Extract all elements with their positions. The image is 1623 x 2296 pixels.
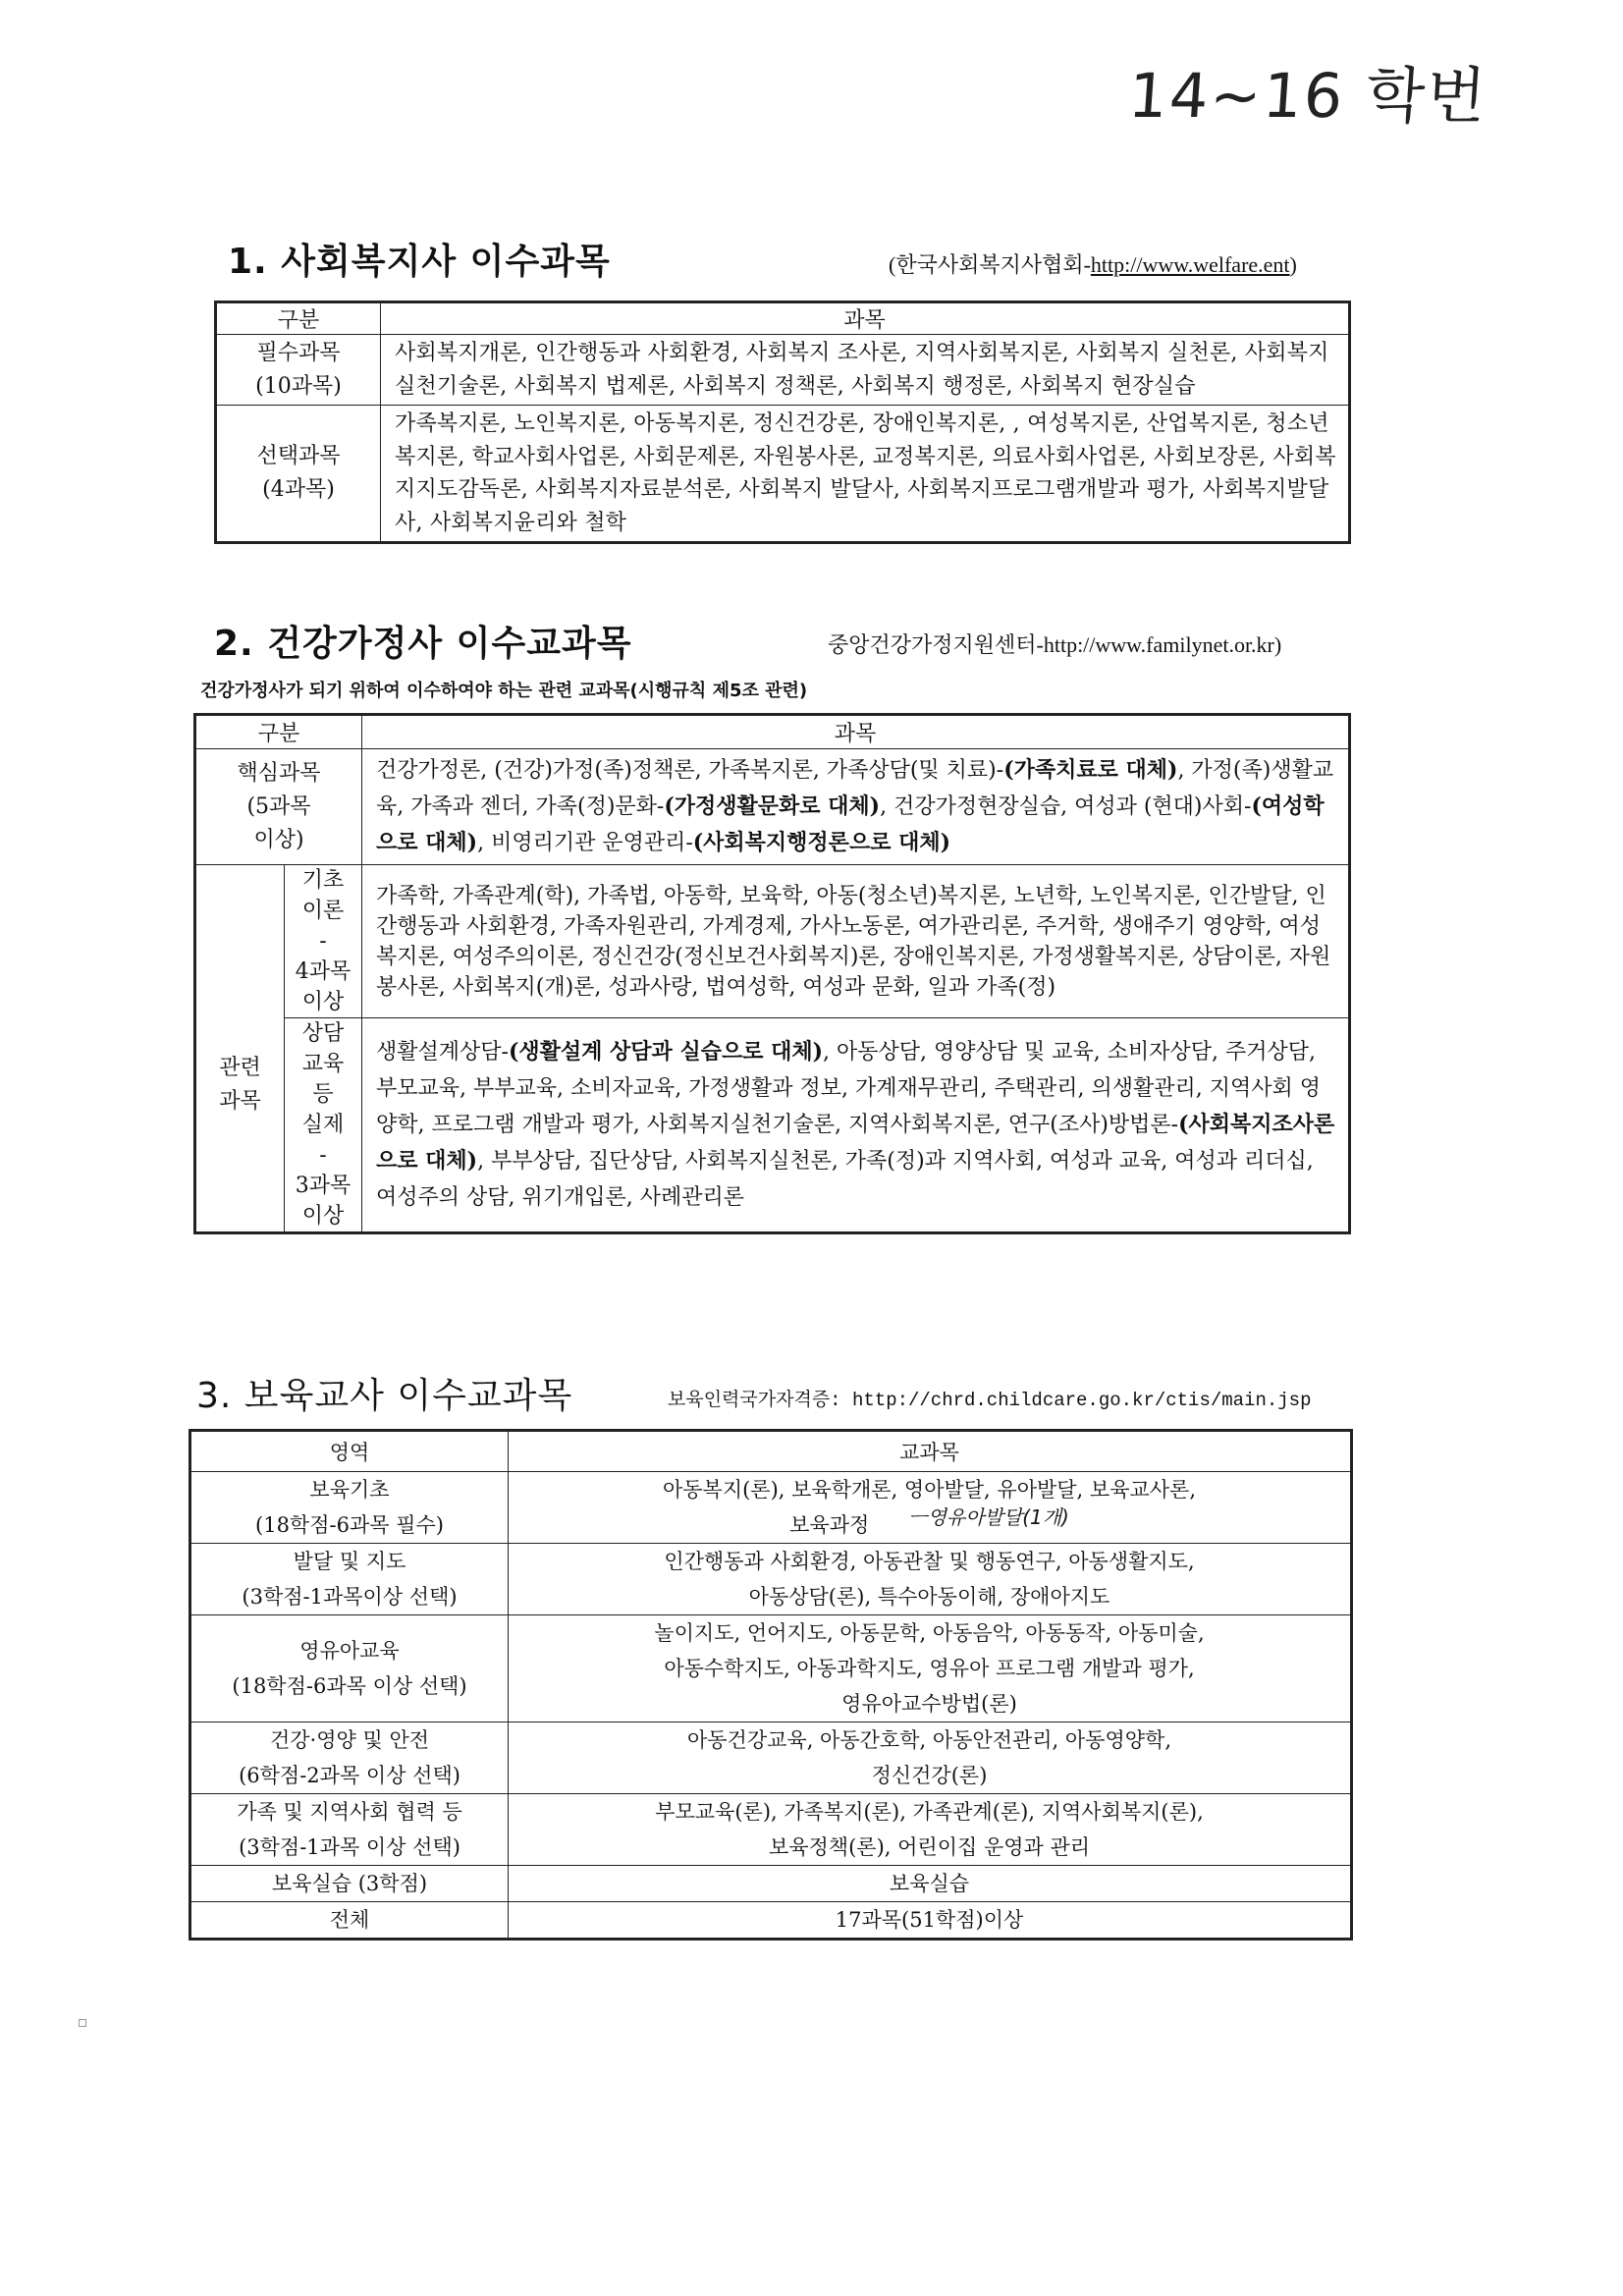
- table-row-core: 핵심과목 (5과목 이상) 건강가정론, (건강)가정(족)정책론, 가족복지론…: [195, 749, 1350, 865]
- category-line: 이상): [196, 824, 361, 857]
- sub-line: 3과목: [285, 1171, 361, 1201]
- subjects-cell: 아동복지(론), 보육학개론, 영아발달, 유아발달, 보육교사론, 보육과정ㅡ…: [509, 1472, 1352, 1544]
- subjects-cell: 17과목(51학점)이상: [509, 1902, 1352, 1940]
- subjects-line: 보육과정ㅡ영유아발달(1개): [509, 1507, 1350, 1543]
- area-label: 영유아교육: [191, 1633, 508, 1668]
- header-subjects: 과목: [381, 302, 1350, 335]
- table-row: 보육기초 (18학점-6과목 필수) 아동복지(론), 보육학개론, 영아발달,…: [190, 1472, 1352, 1544]
- category-label: 선택과목: [217, 440, 380, 473]
- sub-line: 실제: [285, 1110, 361, 1140]
- section1-source: (한국사회복지사협회-http://www.welfare.ent): [889, 248, 1297, 279]
- header-category: 구분: [195, 715, 362, 749]
- area-label: 가족 및 지역사회 협력 등: [191, 1794, 508, 1830]
- sub-line: 이상: [285, 1201, 361, 1231]
- family-counselor-table: 구분 과목 핵심과목 (5과목 이상) 건강가정론, (건강)가정(족)정책론,…: [193, 713, 1351, 1234]
- sub-line: 등: [285, 1079, 361, 1110]
- subjects-cell: 놀이지도, 언어지도, 아동문학, 아동음악, 아동동작, 아동미술, 아동수학…: [509, 1615, 1352, 1722]
- category-line: 관련: [196, 1052, 284, 1085]
- related-category: 관련 과목: [195, 865, 285, 1233]
- subjects-cell: 부모교육(론), 가족복지(론), 가족관계(론), 지역사회복지(론), 보육…: [509, 1794, 1352, 1866]
- sub-line: -: [285, 926, 361, 957]
- subject-text: , 건강가정현장실습, 여성과 (현대)사회-: [880, 794, 1251, 819]
- subjects-line: 아동상담(론), 특수아동이해, 장애아지도: [509, 1579, 1350, 1614]
- subject-text: 보육과정: [789, 1513, 869, 1537]
- table-row: 필수과목 (10과목) 사회복지개론, 인간행동과 사회환경, 사회복지 조사론…: [216, 335, 1350, 406]
- practice-subjects: 생활설계상담-(생활설계 상담과 실습으로 대체), 아동상담, 영양상담 및 …: [362, 1018, 1350, 1233]
- sub-line: 상담: [285, 1018, 361, 1049]
- area-cell: 가족 및 지역사회 협력 등 (3학점-1과목 이상 선택): [190, 1794, 509, 1866]
- table-row: 건강·영양 및 안전 (6학점-2과목 이상 선택) 아동건강교육, 아동간호학…: [190, 1722, 1352, 1794]
- practice-subcategory: 상담 교육 등 실제 - 3과목 이상: [284, 1018, 361, 1233]
- subjects-line: 부모교육(론), 가족복지(론), 가족관계(론), 지역사회복지(론),: [509, 1794, 1350, 1830]
- area-credits: (18학점-6과목 필수): [191, 1507, 508, 1543]
- category-line: 핵심과목: [196, 757, 361, 791]
- area-cell: 전체: [190, 1902, 509, 1940]
- subjects-cell: 인간행동과 사회환경, 아동관찰 및 행동연구, 아동생활지도, 아동상담(론)…: [509, 1544, 1352, 1615]
- area-cell: 보육실습 (3학점): [190, 1866, 509, 1902]
- source-prefix: (한국사회복지사협회-: [889, 252, 1091, 277]
- section2-source: 중앙건강가정지원센터-http://www.familynet.or.kr): [828, 629, 1281, 659]
- row-subjects: 사회복지개론, 인간행동과 사회환경, 사회복지 조사론, 지역사회복지론, 사…: [381, 335, 1350, 406]
- sub-line: 교육: [285, 1049, 361, 1079]
- subjects-cell: 아동건강교육, 아동간호학, 아동안전관리, 아동영양학, 정신건강(론): [509, 1722, 1352, 1794]
- area-label: 발달 및 지도: [191, 1544, 508, 1579]
- sub-line: 이상: [285, 987, 361, 1017]
- row-subjects: 가족복지론, 노인복지론, 아동복지론, 정신건강론, 장애인복지론, , 여성…: [381, 406, 1350, 543]
- table-row-basic: 관련 과목 기초 이론 - 4과목 이상 가족학, 가족관계(학), 가족법, …: [195, 865, 1350, 1018]
- table-row: 보육실습 (3학점) 보육실습: [190, 1866, 1352, 1902]
- subjects-line: 정신건강(론): [509, 1758, 1350, 1793]
- substitute-text: (가족치료로 대체): [1003, 757, 1177, 783]
- subject-text: , 부부상담, 집단상담, 사회복지실천론, 가족(정)과 지역사회, 여성과 …: [376, 1149, 1314, 1210]
- area-label: 보육기초: [191, 1472, 508, 1507]
- handwritten-header: 14~16 학번: [1126, 47, 1490, 135]
- section3-source: 보육인력국가자격증: http://chrd.childcare.go.kr/c…: [668, 1385, 1311, 1411]
- sub-line: 기초: [285, 865, 361, 896]
- subjects-line: 아동수학지도, 아동과학지도, 영유아 프로그램 개발과 평가,: [509, 1651, 1350, 1686]
- core-category: 핵심과목 (5과목 이상): [195, 749, 362, 865]
- source-suffix: ): [1290, 252, 1297, 277]
- basic-subjects: 가족학, 가족관계(학), 가족법, 아동학, 보육학, 아동(청소년)복지론,…: [362, 865, 1350, 1018]
- table-row: 가족 및 지역사회 협력 등 (3학점-1과목 이상 선택) 부모교육(론), …: [190, 1794, 1352, 1866]
- social-worker-table: 구분 과목 필수과목 (10과목) 사회복지개론, 인간행동과 사회환경, 사회…: [214, 301, 1351, 544]
- table-row: 발달 및 지도 (3학점-1과목이상 선택) 인간행동과 사회환경, 아동관찰 …: [190, 1544, 1352, 1615]
- header-area: 영역: [190, 1431, 509, 1472]
- category-count: (10과목): [217, 370, 380, 404]
- row-category: 선택과목 (4과목): [216, 406, 381, 543]
- section2-title: 2. 건강가정사 이수교과목: [214, 616, 632, 666]
- header-category: 구분: [216, 302, 381, 335]
- subjects-line: 아동건강교육, 아동간호학, 아동안전관리, 아동영양학,: [509, 1722, 1350, 1758]
- table-row-total: 전체 17과목(51학점)이상: [190, 1902, 1352, 1940]
- subjects-line: 인간행동과 사회환경, 아동관찰 및 행동연구, 아동생활지도,: [509, 1544, 1350, 1579]
- subjects-cell: 보육실습: [509, 1866, 1352, 1902]
- subjects-line: 보육정책(론), 어린이집 운영과 관리: [509, 1830, 1350, 1865]
- area-credits: (3학점-1과목 이상 선택): [191, 1830, 508, 1865]
- subject-text: 생활설계상담-: [376, 1040, 509, 1065]
- header-subjects: 교과목: [509, 1431, 1352, 1472]
- table-row: 영유아교육 (18학점-6과목 이상 선택) 놀이지도, 언어지도, 아동문학,…: [190, 1615, 1352, 1722]
- sub-line: 이론: [285, 896, 361, 926]
- category-count: (4과목): [217, 473, 380, 507]
- basic-subcategory: 기초 이론 - 4과목 이상: [284, 865, 361, 1018]
- handwritten-annotation: ㅡ영유아발달(1개): [908, 1505, 1069, 1529]
- area-label: 건강·영양 및 안전: [191, 1722, 508, 1758]
- subjects-line: 아동복지(론), 보육학개론, 영아발달, 유아발달, 보육교사론,: [509, 1472, 1350, 1507]
- area-credits: (18학점-6과목 이상 선택): [191, 1668, 508, 1704]
- substitute-text: (가정생활문화로 대체): [664, 793, 880, 819]
- table-row: 선택과목 (4과목) 가족복지론, 노인복지론, 아동복지론, 정신건강론, 장…: [216, 406, 1350, 543]
- subject-text: , 비영리기관 운영관리-: [477, 831, 693, 855]
- subjects-line: 영유아교수방법(론): [509, 1686, 1350, 1722]
- category-line: (5과목: [196, 791, 361, 824]
- substitute-text: (생활설계 상담과 실습으로 대체): [509, 1039, 823, 1065]
- area-cell: 건강·영양 및 안전 (6학점-2과목 이상 선택): [190, 1722, 509, 1794]
- core-subjects: 건강가정론, (건강)가정(족)정책론, 가족복지론, 가족상담(및 치료)-(…: [362, 749, 1350, 865]
- area-cell: 영유아교육 (18학점-6과목 이상 선택): [190, 1615, 509, 1722]
- childcare-teacher-table: 영역 교과목 보육기초 (18학점-6과목 필수) 아동복지(론), 보육학개론…: [189, 1429, 1353, 1941]
- area-cell: 보육기초 (18학점-6과목 필수): [190, 1472, 509, 1544]
- sub-line: 4과목: [285, 957, 361, 987]
- sub-line: -: [285, 1140, 361, 1171]
- section1-title: 1. 사회복지사 이수과목: [228, 234, 611, 284]
- subjects-line: 놀이지도, 언어지도, 아동문학, 아동음악, 아동동작, 아동미술,: [509, 1615, 1350, 1651]
- row-category: 필수과목 (10과목): [216, 335, 381, 406]
- area-cell: 발달 및 지도 (3학점-1과목이상 선택): [190, 1544, 509, 1615]
- area-credits: (3학점-1과목이상 선택): [191, 1579, 508, 1614]
- category-label: 필수과목: [217, 337, 380, 370]
- table-row-practice: 상담 교육 등 실제 - 3과목 이상 생활설계상담-(생활설계 상담과 실습으…: [195, 1018, 1350, 1233]
- area-credits: (6학점-2과목 이상 선택): [191, 1758, 508, 1793]
- subject-text: 건강가정론, (건강)가정(족)정책론, 가족복지론, 가족상담(및 치료)-: [376, 758, 1003, 783]
- substitute-text: (사회복지행정론으로 대체): [693, 830, 950, 855]
- category-line: 과목: [196, 1085, 284, 1119]
- header-subjects: 과목: [362, 715, 1350, 749]
- source-link[interactable]: http://www.welfare.ent: [1091, 252, 1290, 277]
- section3-title: 3. 보육교사 이수교과목: [196, 1368, 572, 1418]
- section2-note: 건강가정사가 되기 위하여 이수하여야 하는 관련 교과목(시행규칙 제5조 관…: [200, 677, 807, 702]
- scan-artifact: [79, 2019, 86, 2027]
